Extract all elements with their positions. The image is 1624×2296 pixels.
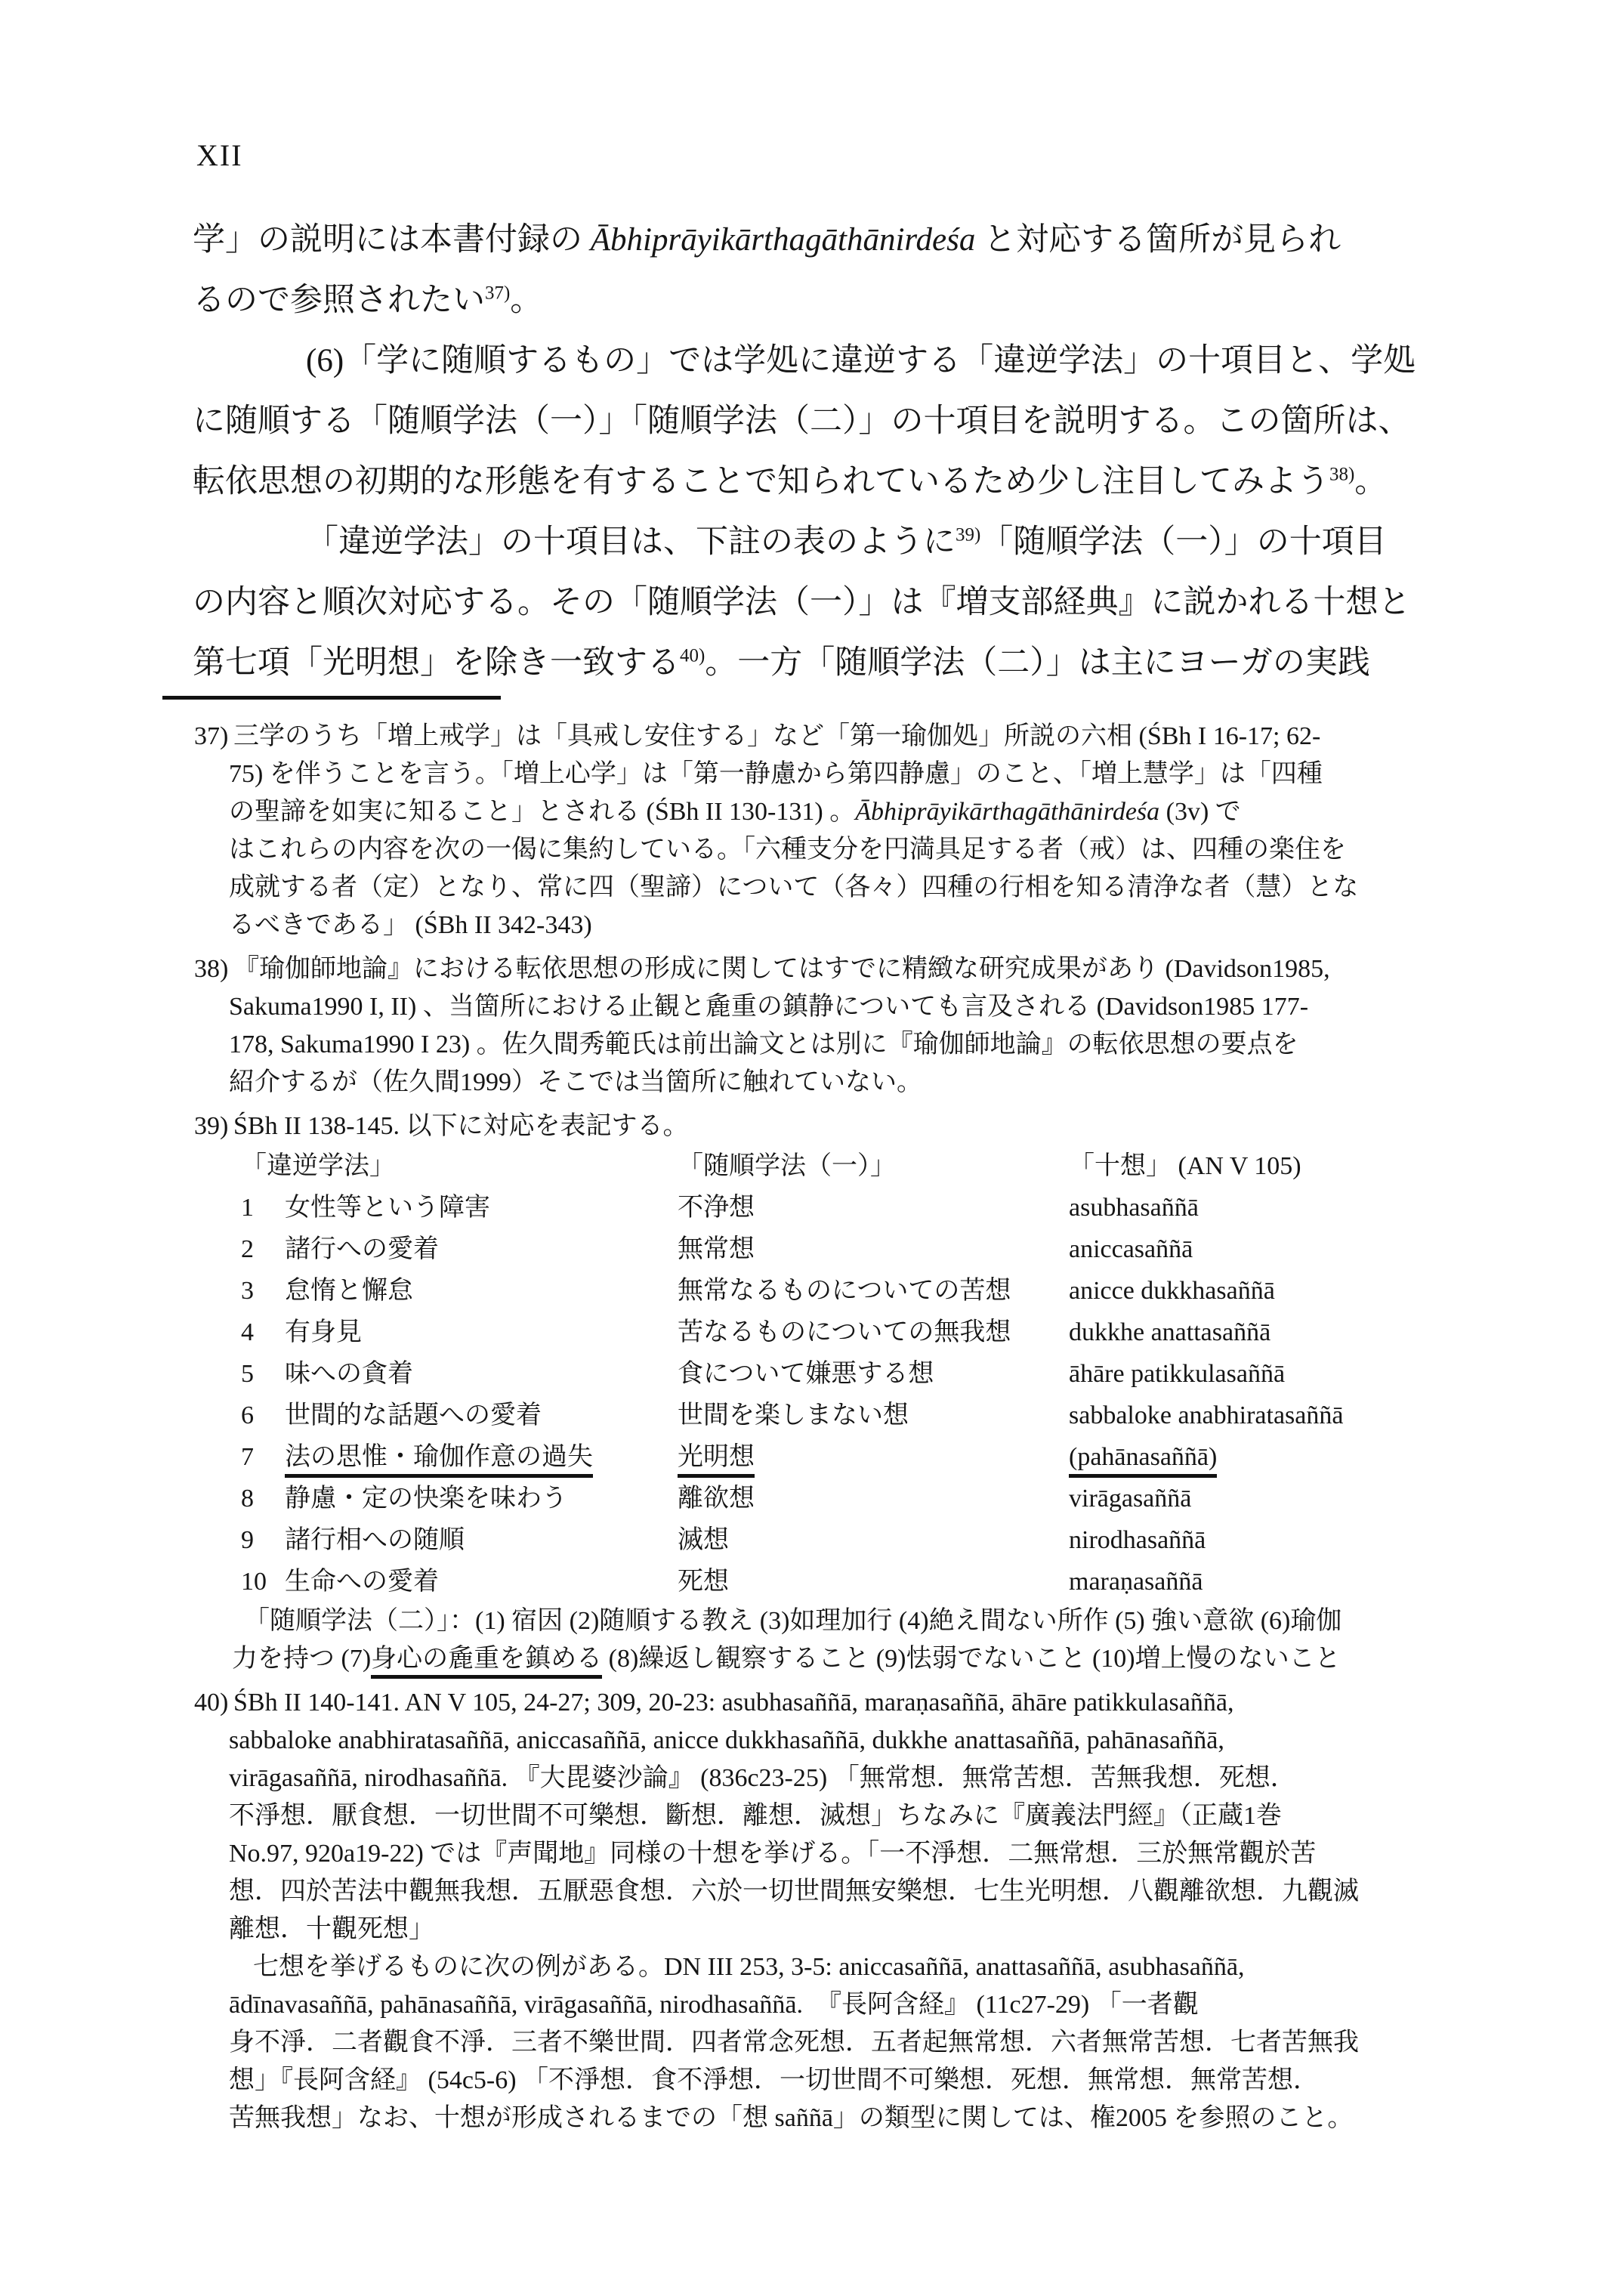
- table-row: 9諸行相への随順滅想nirodhasaññā: [241, 1519, 1477, 1561]
- table-cell: sabbaloke anabhiratasaññā: [1069, 1395, 1477, 1436]
- table-cell: 世間を楽しまない想: [678, 1395, 1069, 1436]
- body-line: 学」の説明には本書付録の Ābhiprāyikārthagāthānirdeśa…: [193, 210, 1475, 270]
- footnote-line: 苦無我想」なお、十想が形成されるまでの「想 saññā」の類型に関しては、権20…: [194, 2100, 1477, 2137]
- cell-notion: 苦なるものについての無我想: [678, 1318, 1011, 1346]
- cell-notion: 無常なるものについての苦想: [678, 1277, 1011, 1305]
- footnote-label: 38): [194, 950, 233, 988]
- table-cell: 光明想: [678, 1436, 1069, 1478]
- correspondence-table: 「違逆学法」「随順学法（一）」「十想」 (AN V 105)1女性等という障害不…: [241, 1145, 1477, 1602]
- footnote-ref: 38): [1329, 465, 1354, 485]
- footnote-line: 39) ŚBh II 138-145. 以下に対応を表記する。: [194, 1108, 1477, 1145]
- table-row: 10生命への愛着死想maraṇasaññā: [241, 1561, 1477, 1602]
- cell-obstacle: 世間的な話題への愛着: [285, 1401, 542, 1429]
- table-cell: 無常想: [678, 1228, 1069, 1270]
- footnote-line: の聖諦を如実に知ること」とされる (ŚBh II 130-131) 。Ābhip…: [194, 793, 1477, 831]
- row-number-cell: 2: [241, 1228, 285, 1270]
- row-number-cell: 1: [241, 1187, 285, 1228]
- body-line: るので参照されたい37)。: [193, 270, 1475, 331]
- page-number: XII: [196, 138, 243, 173]
- row-number-cell: 6: [241, 1395, 285, 1436]
- table-cell: āhāre patikkulasaññā: [1069, 1353, 1477, 1395]
- table-cell: asubhasaññā: [1069, 1187, 1477, 1228]
- row-number-cell: 3: [241, 1270, 285, 1312]
- footnote-line: 75) を伴うことを言う。「増上心学」は「第一静慮から第四静慮」のこと、「増上慧…: [194, 756, 1477, 793]
- body-text: 学」の説明には本書付録の Ābhiprāyikārthagāthānirdeśa…: [193, 210, 1475, 694]
- footnote-block: 40) ŚBh II 140-141. AN V 105, 24-27; 309…: [194, 1684, 1477, 2137]
- footnote-label: 39): [194, 1108, 233, 1145]
- cell-notion: 滅想: [678, 1526, 729, 1554]
- table-cell: 世間的な話題への愛着: [285, 1395, 678, 1436]
- row-number-cell: 5: [241, 1353, 285, 1395]
- cell-obstacle: 諸行相への随順: [285, 1526, 465, 1554]
- paragraph: (6)「学に随順するもの」では学処に違逆する「違逆学法」の十項目と、学処に随順す…: [193, 331, 1475, 512]
- footnote-line: sabbaloke anabhiratasaññā, aniccasaññā, …: [194, 1722, 1477, 1760]
- footnote-line: 想」『長阿含経』 (54c5-6) 「不淨想．食不淨想．一切世間不可樂想．死想．…: [194, 2062, 1477, 2100]
- table-cell: 女性等という障害: [285, 1187, 678, 1228]
- table-row: 5味への貪着食について嫌悪する想āhāre patikkulasaññā: [241, 1353, 1477, 1395]
- cell-pali-term: maraṇasaññā: [1069, 1568, 1203, 1596]
- cell-obstacle: 法の思惟・瑜伽作意の過失: [285, 1443, 593, 1478]
- body-line: 第七項「光明想」を除き一致する40)。一方「随順学法（二）」は主にヨーガの実践: [193, 633, 1475, 694]
- cell-notion: 食について嫌悪する想: [678, 1360, 934, 1388]
- cell-pali-term: āhāre patikkulasaññā: [1069, 1360, 1285, 1388]
- footnotes-section: 37) 三学のうち「増上戒学」は「具戒し安住する」など「第一瑜伽処」所説の六相 …: [194, 718, 1477, 2143]
- footnote-line: 不淨想．厭食想．一切世間不可樂想．斷想．離想．滅想」ちなみに『廣義法門經』（正蔵…: [194, 1797, 1477, 1835]
- table-row: 4有身見苦なるものについての無我想dukkhe anattasaññā: [241, 1312, 1477, 1353]
- row-number-cell: 4: [241, 1312, 285, 1353]
- cell-notion: 無常想: [678, 1235, 755, 1263]
- cell-obstacle: 有身見: [285, 1318, 362, 1346]
- footnote-line: 七想を挙げるものに次の例がある。DN III 253, 3-5: aniccas…: [194, 1948, 1477, 1986]
- table-header-cell: 「十想」 (AN V 105): [1069, 1145, 1477, 1187]
- footnote-line: 離想．十觀死想」: [194, 1911, 1477, 1948]
- document-page: XII 学」の説明には本書付録の Ābhiprāyikārthagāthānir…: [0, 0, 1624, 2296]
- cell-obstacle: 生命への愛着: [285, 1568, 439, 1596]
- table-row: 3怠惰と懈怠無常なるものについての苦想anicce dukkhasaññā: [241, 1270, 1477, 1312]
- cell-obstacle: 怠惰と懈怠: [285, 1277, 413, 1305]
- row-number-cell: 9: [241, 1519, 285, 1561]
- cell-pali-term: aniccasaññā: [1069, 1235, 1193, 1263]
- cell-pali-term: nirodhasaññā: [1069, 1526, 1206, 1554]
- footnote-ref: 37): [485, 283, 510, 304]
- table-header-cell: 「違逆学法」: [241, 1145, 678, 1187]
- footnote-ref: 40): [680, 646, 705, 666]
- footnote-line: るべきである」 (ŚBh II 342-343): [194, 907, 1477, 944]
- footnote-line: 178, Sakuma1990 I 23) 。佐久間秀範氏は前出論文とは別に『瑜…: [194, 1026, 1477, 1064]
- table-cell: 食について嫌悪する想: [678, 1353, 1069, 1395]
- row-number-cell: 10: [241, 1561, 285, 1602]
- table-cell: 不浄想: [678, 1187, 1069, 1228]
- cell-pali-term: dukkhe anattasaññā: [1069, 1318, 1270, 1346]
- table-cell: 諸行への愛着: [285, 1228, 678, 1270]
- cell-pali-term: (pahānasaññā): [1069, 1443, 1217, 1478]
- paragraph: 「違逆学法」の十項目は、下註の表のように39)「随順学法（一）」の十項目の内容と…: [193, 512, 1475, 694]
- footnote-line: 「随順学法（二）」：(1) 宿因 (2)随順する教え (3)如理加行 (4)絶え…: [194, 1602, 1477, 1640]
- footnote-ref: 39): [956, 525, 980, 545]
- footnote-label: 40): [194, 1684, 233, 1722]
- paragraph: 学」の説明には本書付録の Ābhiprāyikārthagāthānirdeśa…: [193, 210, 1475, 331]
- footnote-line: 40) ŚBh II 140-141. AN V 105, 24-27; 309…: [194, 1684, 1477, 1722]
- cell-notion: 不浄想: [678, 1194, 755, 1222]
- footnote-line: 力を持つ (7)身心の麁重を鎮める (8)繰返し観察すること (9)怯弱でないこ…: [194, 1640, 1477, 1678]
- table-cell: 離欲想: [678, 1478, 1069, 1519]
- footnote-separator: [162, 696, 501, 700]
- table-header-row: 「違逆学法」「随順学法（一）」「十想」 (AN V 105): [241, 1145, 1477, 1187]
- body-line: 「違逆学法」の十項目は、下註の表のように39)「随順学法（一）」の十項目: [193, 512, 1475, 573]
- table-row: 7法の思惟・瑜伽作意の過失光明想(pahānasaññā): [241, 1436, 1477, 1478]
- table-cell: 滅想: [678, 1519, 1069, 1561]
- table-cell: nirodhasaññā: [1069, 1519, 1477, 1561]
- table-cell: dukkhe anattasaññā: [1069, 1312, 1477, 1353]
- cell-obstacle: 諸行への愛着: [285, 1235, 439, 1263]
- footnote-line: Sakuma1990 I, II) 、当箇所における止観と麁重の鎮静についても言…: [194, 988, 1477, 1026]
- footnote-line: No.97, 920a19-22) では『声聞地』同様の十想を挙げる。「一不淨想…: [194, 1835, 1477, 1873]
- cell-pali-term: anicce dukkhasaññā: [1069, 1277, 1275, 1305]
- body-line: に随順する「随順学法（一）」「随順学法（二）」の十項目を説明する。この箇所は、: [193, 391, 1475, 452]
- table-header-cell: 「随順学法（一）」: [678, 1145, 1069, 1187]
- row-number-cell: 8: [241, 1478, 285, 1519]
- table-cell: 苦なるものについての無我想: [678, 1312, 1069, 1353]
- footnote-line: 紹介するが（佐久間1999）そこでは当箇所に触れていない。: [194, 1064, 1477, 1102]
- cell-pali-term: sabbaloke anabhiratasaññā: [1069, 1401, 1343, 1429]
- body-line: (6)「学に随順するもの」では学処に違逆する「違逆学法」の十項目と、学処: [193, 331, 1475, 391]
- table-row: 2諸行への愛着無常想aniccasaññā: [241, 1228, 1477, 1270]
- cell-notion: 死想: [678, 1568, 729, 1596]
- table-cell: 無常なるものについての苦想: [678, 1270, 1069, 1312]
- cell-obstacle: 女性等という障害: [285, 1194, 490, 1222]
- body-line: の内容と順次対応する。その「随順学法（一）」は『増支部経典』に説かれる十想と: [193, 573, 1475, 633]
- table-cell: 諸行相への随順: [285, 1519, 678, 1561]
- footnote-line: virāgasaññā, nirodhasaññā. 『大毘婆沙論』 (836c…: [194, 1760, 1477, 1797]
- table-cell: anicce dukkhasaññā: [1069, 1270, 1477, 1312]
- table-cell: maraṇasaññā: [1069, 1561, 1477, 1602]
- cell-pali-term: virāgasaññā: [1069, 1485, 1191, 1513]
- table-cell: 有身見: [285, 1312, 678, 1353]
- table-row: 6世間的な話題への愛着世間を楽しまない想sabbaloke anabhirata…: [241, 1395, 1477, 1436]
- italic-title: Ābhiprāyikārthagāthānirdeśa: [855, 798, 1159, 826]
- table-cell: 味への貪着: [285, 1353, 678, 1395]
- footnote-line: 成就する者（定）となり、常に四（聖諦）について（各々）四種の行相を知る清浄な者（…: [194, 869, 1477, 907]
- italic-title: Ābhiprāyikārthagāthānirdeśa: [591, 222, 976, 258]
- body-line: 転依思想の初期的な形態を有することで知られているため少し注目してみよう38)。: [193, 452, 1475, 512]
- footnote-label: 37): [194, 718, 233, 756]
- table-cell: 生命への愛着: [285, 1561, 678, 1602]
- table-cell: (pahānasaññā): [1069, 1436, 1477, 1478]
- footnote-block: 39) ŚBh II 138-145. 以下に対応を表記する。「違逆学法」「随順…: [194, 1108, 1477, 1678]
- table-cell: virāgasaññā: [1069, 1478, 1477, 1519]
- footnote-block: 38) 『瑜伽師地論』における転依思想の形成に関してはすでに精緻な研究成果があり…: [194, 950, 1477, 1102]
- table-cell: 法の思惟・瑜伽作意の過失: [285, 1436, 678, 1478]
- table-row: 8静慮・定の快楽を味わう離欲想virāgasaññā: [241, 1478, 1477, 1519]
- footnote-line: 37) 三学のうち「増上戒学」は「具戒し安住する」など「第一瑜伽処」所説の六相 …: [194, 718, 1477, 756]
- cell-obstacle: 味への貪着: [285, 1360, 413, 1388]
- cell-obstacle: 静慮・定の快楽を味わう: [285, 1485, 567, 1513]
- footnote-block: 37) 三学のうち「増上戒学」は「具戒し安住する」など「第一瑜伽処」所説の六相 …: [194, 718, 1477, 944]
- table-cell: 怠惰と懈怠: [285, 1270, 678, 1312]
- underlined-text: 身心の麁重を鎮める: [371, 1645, 602, 1679]
- footnote-line: ādīnavasaññā, pahānasaññā, virāgasaññā, …: [194, 1986, 1477, 2024]
- table-row: 1女性等という障害不浄想asubhasaññā: [241, 1187, 1477, 1228]
- footnote-line: 身不淨．二者觀食不淨．三者不樂世間．四者常念死想．五者起無常想．六者無常苦想．七…: [194, 2024, 1477, 2062]
- table-cell: 死想: [678, 1561, 1069, 1602]
- table-cell: 静慮・定の快楽を味わう: [285, 1478, 678, 1519]
- cell-notion: 離欲想: [678, 1485, 755, 1513]
- row-number-cell: 7: [241, 1436, 285, 1478]
- table-cell: aniccasaññā: [1069, 1228, 1477, 1270]
- footnote-line: 38) 『瑜伽師地論』における転依思想の形成に関してはすでに精緻な研究成果があり…: [194, 950, 1477, 988]
- cell-pali-term: asubhasaññā: [1069, 1194, 1199, 1222]
- footnote-line: 想．四於苦法中觀無我想．五厭惡食想．六於一切世間無安樂想．七生光明想．八觀離欲想…: [194, 1873, 1477, 1911]
- cell-notion: 世間を楽しまない想: [678, 1401, 909, 1429]
- cell-notion: 光明想: [678, 1443, 755, 1478]
- footnote-line: はこれらの内容を次の一偈に集約している。「六種支分を円満具足する者（戒）は、四種…: [194, 831, 1477, 869]
